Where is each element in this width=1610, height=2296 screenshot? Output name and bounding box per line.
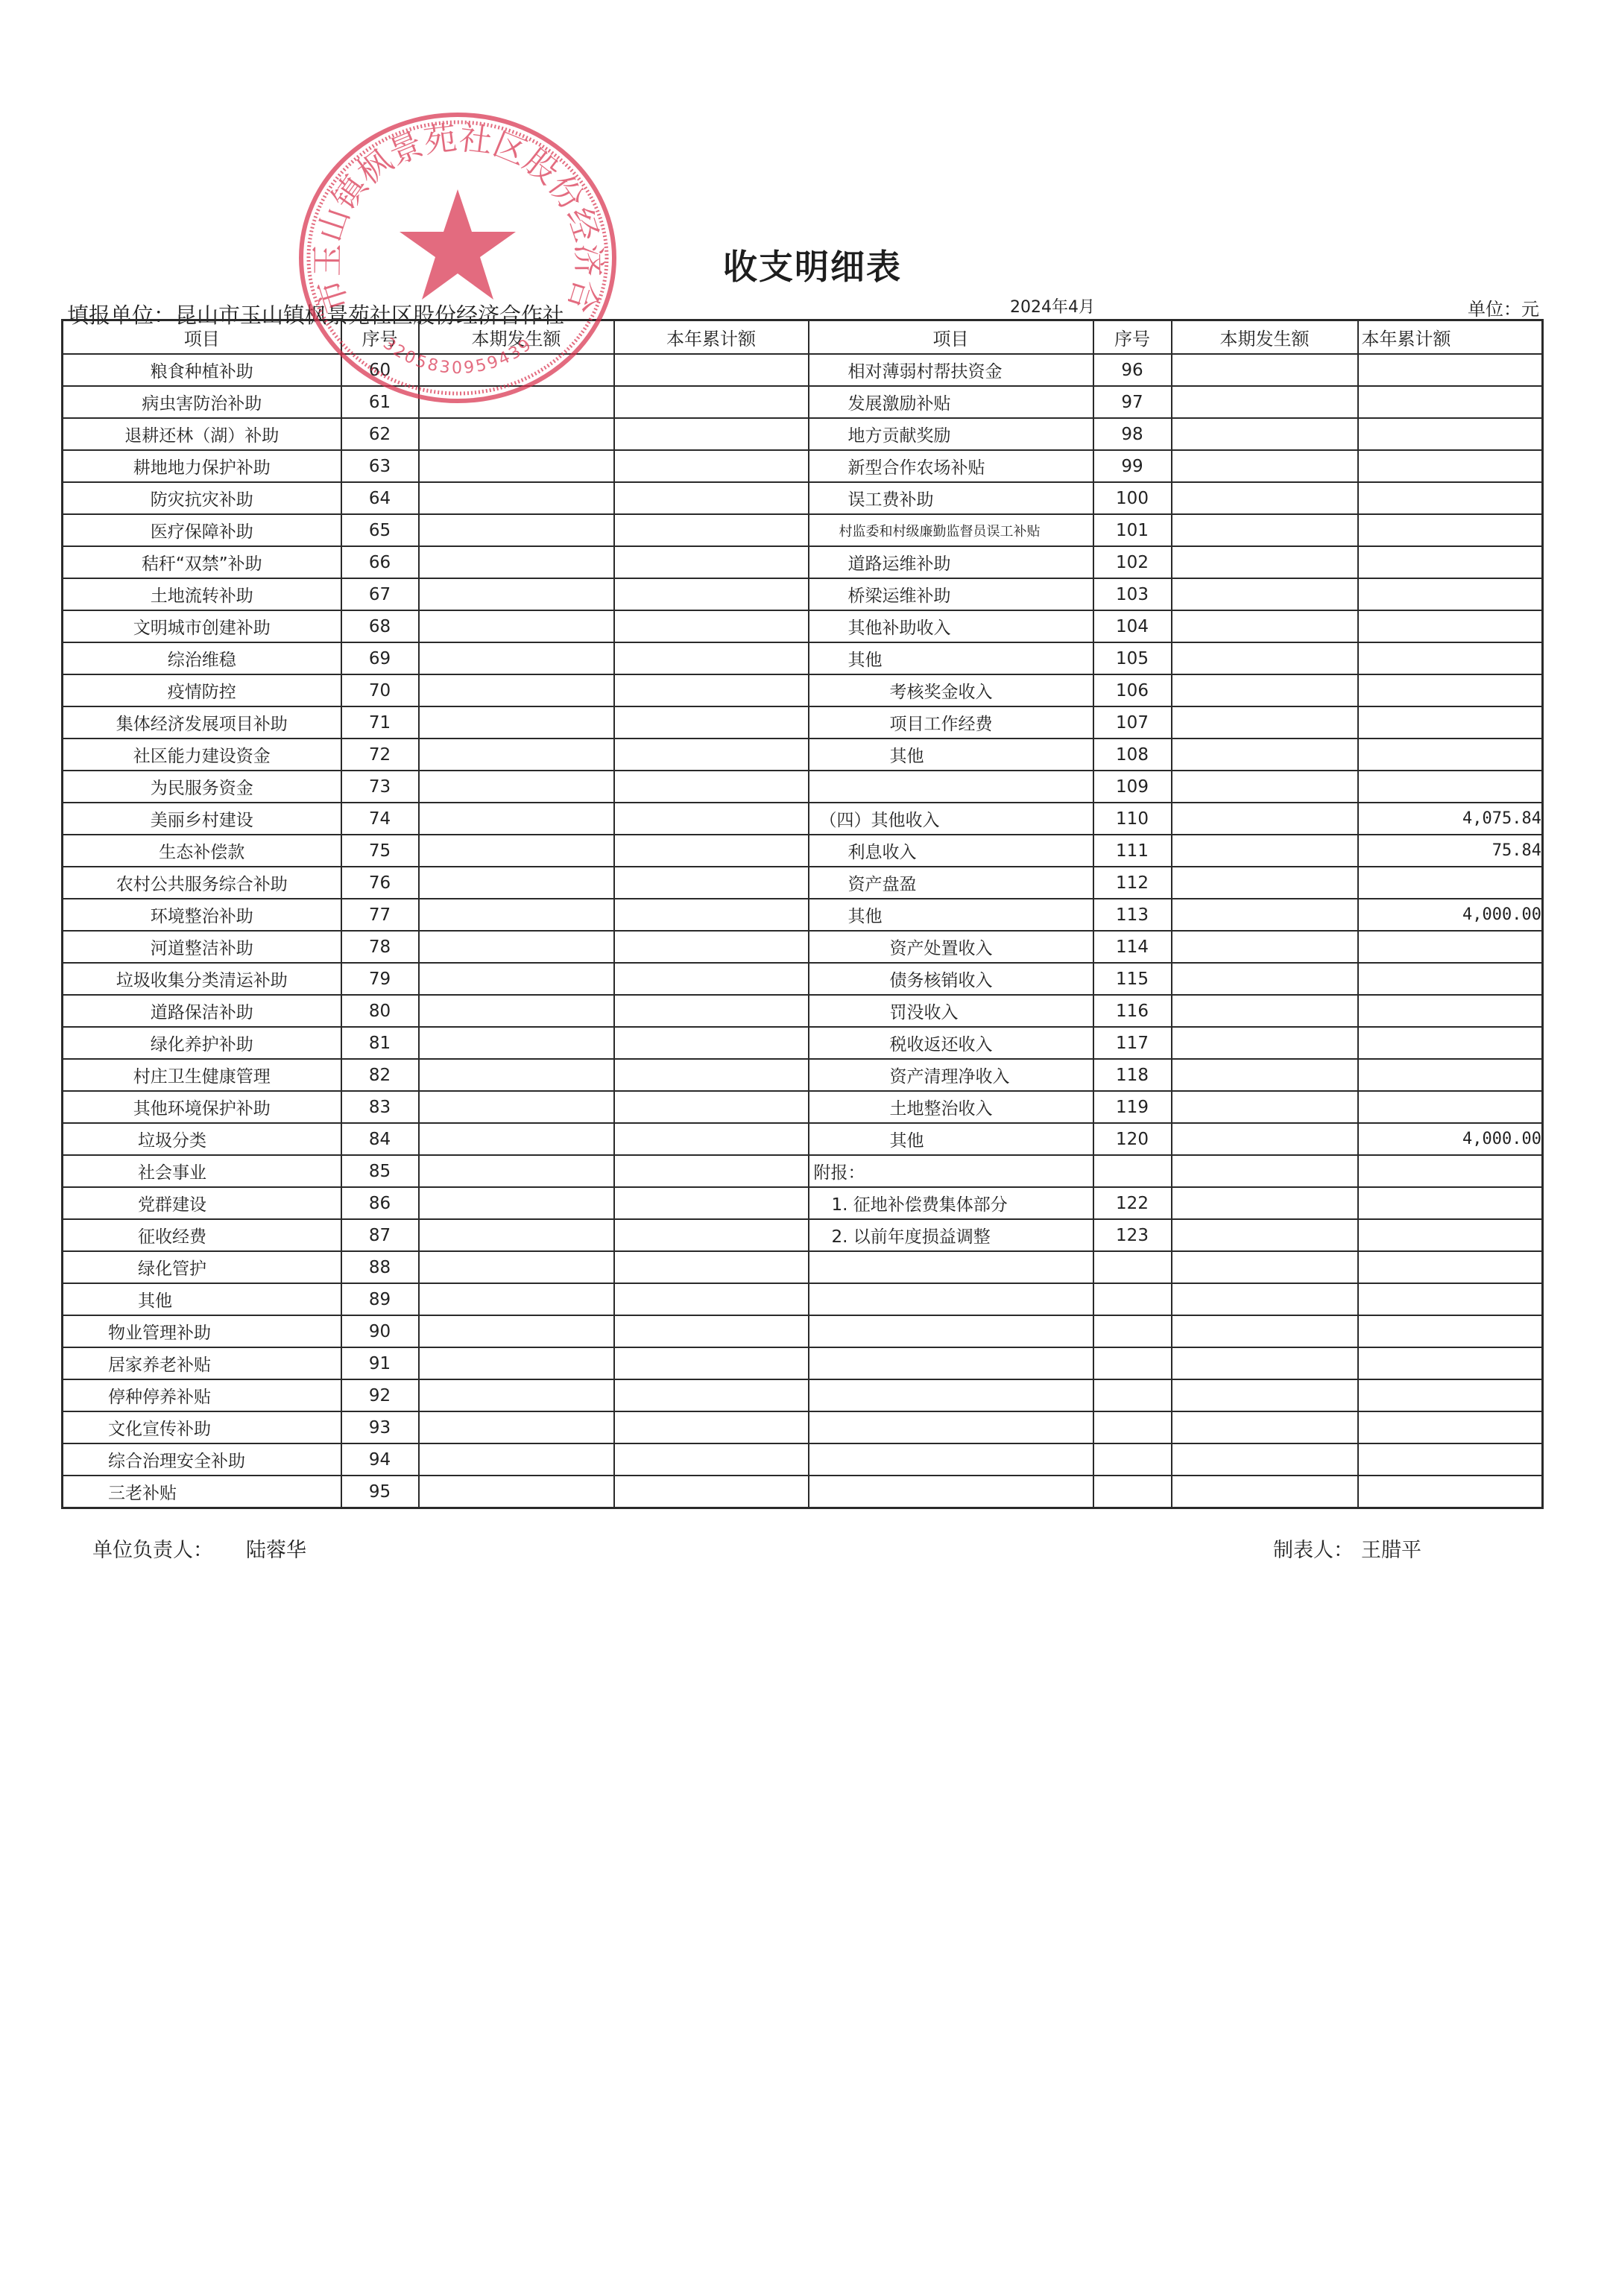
left-cumulative-amount	[614, 1251, 809, 1283]
left-item: 防灾抗灾补助	[63, 482, 341, 514]
right-seq: 115	[1093, 963, 1172, 995]
right-current-amount	[1172, 450, 1358, 482]
left-item: 为民服务资金	[63, 771, 341, 803]
right-item	[809, 771, 1093, 803]
table-row: 征收经费872. 以前年度损益调整123	[63, 1219, 1543, 1251]
right-current-amount	[1172, 706, 1358, 739]
left-cumulative-amount	[614, 546, 809, 578]
right-cumulative-amount: 4,000.00	[1358, 1123, 1543, 1155]
right-item: 道路运维补助	[809, 546, 1093, 578]
right-current-amount	[1172, 514, 1358, 546]
right-item	[809, 1283, 1093, 1315]
right-item: 其他	[809, 642, 1093, 674]
right-current-amount	[1172, 1283, 1358, 1315]
right-item: 罚没收入	[809, 995, 1093, 1027]
left-seq: 70	[341, 674, 419, 706]
left-item: 绿化管护	[63, 1251, 341, 1283]
right-cumulative-amount	[1358, 482, 1543, 514]
table-row: 退耕还林（湖）补助62地方贡献奖励98	[63, 418, 1543, 450]
left-seq: 71	[341, 706, 419, 739]
right-current-amount	[1172, 354, 1358, 386]
left-cumulative-amount	[614, 803, 809, 835]
right-current-amount	[1172, 1059, 1358, 1091]
right-item	[809, 1347, 1093, 1379]
right-item: 资产清理净收入	[809, 1059, 1093, 1091]
left-current-amount	[419, 450, 614, 482]
left-item: 医疗保障补助	[63, 514, 341, 546]
right-item: （四）其他收入	[809, 803, 1093, 835]
header-seq-right: 序号	[1093, 320, 1172, 355]
left-item: 征收经费	[63, 1219, 341, 1251]
left-seq: 90	[341, 1315, 419, 1347]
table-row: 停种停养补贴92	[63, 1379, 1543, 1411]
right-item: 资产处置收入	[809, 931, 1093, 963]
right-seq: 109	[1093, 771, 1172, 803]
table-row: 为民服务资金73109	[63, 771, 1543, 803]
table-row: 道路保洁补助80罚没收入116	[63, 995, 1543, 1027]
right-current-amount	[1172, 482, 1358, 514]
left-seq: 63	[341, 450, 419, 482]
right-cumulative-amount	[1358, 867, 1543, 899]
right-seq: 106	[1093, 674, 1172, 706]
right-item	[809, 1443, 1093, 1476]
left-current-amount	[419, 995, 614, 1027]
left-item: 耕地地力保护补助	[63, 450, 341, 482]
income-expense-table: 项目 序号 本期发生额 本年累计额 项目 序号 本期发生额 本年累计额 粮食种植…	[61, 319, 1544, 1509]
table-row: 文明城市创建补助68其他补助收入104	[63, 610, 1543, 642]
right-seq: 108	[1093, 739, 1172, 771]
right-seq	[1093, 1283, 1172, 1315]
left-seq: 87	[341, 1219, 419, 1251]
table-row: 三老补贴95	[63, 1476, 1543, 1508]
left-seq: 76	[341, 867, 419, 899]
right-current-amount	[1172, 931, 1358, 963]
left-seq: 64	[341, 482, 419, 514]
right-current-amount	[1172, 1251, 1358, 1283]
right-current-amount	[1172, 1443, 1358, 1476]
preparer-label: 制表人：	[1273, 1534, 1354, 1563]
left-item: 停种停养补贴	[63, 1379, 341, 1411]
left-current-amount	[419, 482, 614, 514]
left-cumulative-amount	[614, 482, 809, 514]
left-seq: 82	[341, 1059, 419, 1091]
right-seq	[1093, 1347, 1172, 1379]
left-item: 居家养老补贴	[63, 1347, 341, 1379]
left-current-amount	[419, 1443, 614, 1476]
right-cumulative-amount	[1358, 1347, 1543, 1379]
left-current-amount	[419, 1251, 614, 1283]
left-item: 秸秆“双禁”补助	[63, 546, 341, 578]
right-current-amount	[1172, 1411, 1358, 1443]
left-item: 社区能力建设资金	[63, 739, 341, 771]
right-seq: 97	[1093, 386, 1172, 418]
left-current-amount	[419, 931, 614, 963]
left-item: 土地流转补助	[63, 578, 341, 610]
left-cumulative-amount	[614, 1411, 809, 1443]
right-current-amount	[1172, 1155, 1358, 1187]
left-seq: 81	[341, 1027, 419, 1059]
right-current-amount	[1172, 771, 1358, 803]
right-seq: 119	[1093, 1091, 1172, 1123]
left-cumulative-amount	[614, 899, 809, 931]
left-seq: 95	[341, 1476, 419, 1508]
right-item: 考核奖金收入	[809, 674, 1093, 706]
document-title: 收支明细表	[0, 240, 1610, 289]
table-row: 其他环境保护补助83土地整治收入119	[63, 1091, 1543, 1123]
left-current-amount	[419, 1187, 614, 1219]
right-item	[809, 1411, 1093, 1443]
left-seq: 88	[341, 1251, 419, 1283]
left-cumulative-amount	[614, 1283, 809, 1315]
table-row: 耕地地力保护补助63新型合作农场补贴99	[63, 450, 1543, 482]
left-seq: 78	[341, 931, 419, 963]
left-item: 病虫害防治补助	[63, 386, 341, 418]
right-item: 债务核销收入	[809, 963, 1093, 995]
left-cumulative-amount	[614, 835, 809, 867]
left-current-amount	[419, 1411, 614, 1443]
right-seq: 117	[1093, 1027, 1172, 1059]
right-item: 附报：	[809, 1155, 1093, 1187]
header-item-right: 项目	[809, 320, 1093, 355]
table-row: 秸秆“双禁”补助66道路运维补助102	[63, 546, 1543, 578]
left-item: 垃圾分类	[63, 1123, 341, 1155]
right-cumulative-amount	[1358, 1443, 1543, 1476]
right-current-amount	[1172, 1476, 1358, 1508]
left-current-amount	[419, 418, 614, 450]
left-seq: 62	[341, 418, 419, 450]
left-item: 生态补偿款	[63, 835, 341, 867]
right-seq: 114	[1093, 931, 1172, 963]
right-current-amount	[1172, 899, 1358, 931]
right-current-amount	[1172, 835, 1358, 867]
preparer-name: 王腊平	[1361, 1534, 1421, 1563]
right-cumulative-amount	[1358, 771, 1543, 803]
right-current-amount	[1172, 546, 1358, 578]
left-cumulative-amount	[614, 674, 809, 706]
right-cumulative-amount	[1358, 1251, 1543, 1283]
left-seq: 72	[341, 739, 419, 771]
table-row: 综治维稳69其他105	[63, 642, 1543, 674]
right-seq: 107	[1093, 706, 1172, 739]
table-header-row: 项目 序号 本期发生额 本年累计额 项目 序号 本期发生额 本年累计额	[63, 320, 1543, 355]
left-current-amount	[419, 354, 614, 386]
left-current-amount	[419, 899, 614, 931]
right-item	[809, 1379, 1093, 1411]
header-seq-left: 序号	[341, 320, 419, 355]
left-seq: 66	[341, 546, 419, 578]
right-current-amount	[1172, 963, 1358, 995]
right-current-amount	[1172, 674, 1358, 706]
left-current-amount	[419, 1219, 614, 1251]
right-item: 误工费补助	[809, 482, 1093, 514]
right-cumulative-amount	[1358, 1219, 1543, 1251]
right-current-amount	[1172, 803, 1358, 835]
table-row: 社区能力建设资金72其他108	[63, 739, 1543, 771]
left-seq: 65	[341, 514, 419, 546]
left-current-amount	[419, 1283, 614, 1315]
right-item: 发展激励补贴	[809, 386, 1093, 418]
right-seq: 105	[1093, 642, 1172, 674]
left-item: 文化宣传补助	[63, 1411, 341, 1443]
left-cumulative-amount	[614, 1379, 809, 1411]
left-cumulative-amount	[614, 1155, 809, 1187]
left-item: 三老补贴	[63, 1476, 341, 1508]
left-current-amount	[419, 803, 614, 835]
right-cumulative-amount	[1358, 1283, 1543, 1315]
right-current-amount	[1172, 995, 1358, 1027]
left-current-amount	[419, 963, 614, 995]
manager-name: 陆蓉华	[246, 1534, 306, 1563]
left-current-amount	[419, 835, 614, 867]
left-current-amount	[419, 674, 614, 706]
left-item: 物业管理补助	[63, 1315, 341, 1347]
right-current-amount	[1172, 642, 1358, 674]
header-cumulative-right: 本年累计额	[1358, 320, 1543, 355]
header-current-left: 本期发生额	[419, 320, 614, 355]
table-row: 绿化养护补助81税收返还收入117	[63, 1027, 1543, 1059]
left-cumulative-amount	[614, 1315, 809, 1347]
left-current-amount	[419, 386, 614, 418]
right-seq: 112	[1093, 867, 1172, 899]
table-row: 绿化管护88	[63, 1251, 1543, 1283]
right-item: 相对薄弱村帮扶资金	[809, 354, 1093, 386]
right-seq: 103	[1093, 578, 1172, 610]
left-item: 农村公共服务综合补助	[63, 867, 341, 899]
right-seq	[1093, 1379, 1172, 1411]
right-cumulative-amount	[1358, 642, 1543, 674]
left-cumulative-amount	[614, 1059, 809, 1091]
left-item: 美丽乡村建设	[63, 803, 341, 835]
table-row: 河道整洁补助78资产处置收入114	[63, 931, 1543, 963]
left-seq: 75	[341, 835, 419, 867]
left-cumulative-amount	[614, 642, 809, 674]
left-current-amount	[419, 1379, 614, 1411]
table-row: 疫情防控70考核奖金收入106	[63, 674, 1543, 706]
right-seq	[1093, 1315, 1172, 1347]
left-seq: 92	[341, 1379, 419, 1411]
left-item: 道路保洁补助	[63, 995, 341, 1027]
left-current-amount	[419, 1347, 614, 1379]
right-cumulative-amount	[1358, 1155, 1543, 1187]
right-cumulative-amount	[1358, 963, 1543, 995]
right-seq: 98	[1093, 418, 1172, 450]
left-current-amount	[419, 578, 614, 610]
right-seq	[1093, 1411, 1172, 1443]
left-cumulative-amount	[614, 1476, 809, 1508]
right-item: 其他补助收入	[809, 610, 1093, 642]
table-row: 生态补偿款75利息收入11175.84	[63, 835, 1543, 867]
right-item: 地方贡献奖励	[809, 418, 1093, 450]
left-item: 其他环境保护补助	[63, 1091, 341, 1123]
right-seq: 111	[1093, 835, 1172, 867]
right-item: 其他	[809, 899, 1093, 931]
left-cumulative-amount	[614, 1219, 809, 1251]
left-current-amount	[419, 1476, 614, 1508]
right-seq: 110	[1093, 803, 1172, 835]
left-item: 垃圾收集分类清运补助	[63, 963, 341, 995]
left-seq: 85	[341, 1155, 419, 1187]
right-cumulative-amount	[1358, 354, 1543, 386]
right-cumulative-amount: 75.84	[1358, 835, 1543, 867]
left-seq: 86	[341, 1187, 419, 1219]
left-seq: 89	[341, 1283, 419, 1315]
left-current-amount	[419, 706, 614, 739]
left-cumulative-amount	[614, 1443, 809, 1476]
table-row: 综合治理安全补助94	[63, 1443, 1543, 1476]
right-cumulative-amount	[1358, 514, 1543, 546]
table-row: 医疗保障补助65村监委和村级廉勤监督员误工补贴101	[63, 514, 1543, 546]
right-cumulative-amount	[1358, 1027, 1543, 1059]
right-current-amount	[1172, 578, 1358, 610]
left-current-amount	[419, 771, 614, 803]
left-cumulative-amount	[614, 771, 809, 803]
header-item-left: 项目	[63, 320, 341, 355]
left-current-amount	[419, 1155, 614, 1187]
table-row: 土地流转补助67桥梁运维补助103	[63, 578, 1543, 610]
right-item: 村监委和村级廉勤监督员误工补贴	[809, 514, 1093, 546]
right-seq: 116	[1093, 995, 1172, 1027]
left-cumulative-amount	[614, 867, 809, 899]
right-current-amount	[1172, 1219, 1358, 1251]
right-item: 税收返还收入	[809, 1027, 1093, 1059]
right-current-amount	[1172, 1347, 1358, 1379]
right-cumulative-amount	[1358, 1059, 1543, 1091]
left-item: 村庄卫生健康管理	[63, 1059, 341, 1091]
right-item: 利息收入	[809, 835, 1093, 867]
table-row: 村庄卫生健康管理82资产清理净收入118	[63, 1059, 1543, 1091]
table-row: 美丽乡村建设74（四）其他收入1104,075.84	[63, 803, 1543, 835]
table-row: 居家养老补贴91	[63, 1347, 1543, 1379]
left-current-amount	[419, 1027, 614, 1059]
left-seq: 83	[341, 1091, 419, 1123]
left-cumulative-amount	[614, 995, 809, 1027]
table-row: 粮食种植补助60相对薄弱村帮扶资金96	[63, 354, 1543, 386]
table-row: 农村公共服务综合补助76资产盘盈112	[63, 867, 1543, 899]
right-current-amount	[1172, 1123, 1358, 1155]
table-row: 环境整治补助77其他1134,000.00	[63, 899, 1543, 931]
left-current-amount	[419, 610, 614, 642]
left-item: 综治维稳	[63, 642, 341, 674]
header-current-right: 本期发生额	[1172, 320, 1358, 355]
left-cumulative-amount	[614, 1187, 809, 1219]
left-seq: 84	[341, 1123, 419, 1155]
right-item: 土地整治收入	[809, 1091, 1093, 1123]
left-current-amount	[419, 1315, 614, 1347]
right-seq: 100	[1093, 482, 1172, 514]
table-row: 垃圾分类84其他1204,000.00	[63, 1123, 1543, 1155]
left-cumulative-amount	[614, 450, 809, 482]
right-seq	[1093, 1155, 1172, 1187]
left-cumulative-amount	[614, 1123, 809, 1155]
left-current-amount	[419, 1059, 614, 1091]
right-cumulative-amount	[1358, 386, 1543, 418]
right-item: 桥梁运维补助	[809, 578, 1093, 610]
left-seq: 80	[341, 995, 419, 1027]
right-cumulative-amount	[1358, 931, 1543, 963]
left-seq: 79	[341, 963, 419, 995]
table-row: 垃圾收集分类清运补助79债务核销收入115	[63, 963, 1543, 995]
left-seq: 67	[341, 578, 419, 610]
left-item: 文明城市创建补助	[63, 610, 341, 642]
left-seq: 93	[341, 1411, 419, 1443]
left-current-amount	[419, 642, 614, 674]
left-item: 党群建设	[63, 1187, 341, 1219]
right-cumulative-amount	[1358, 1091, 1543, 1123]
left-seq: 74	[341, 803, 419, 835]
left-cumulative-amount	[614, 739, 809, 771]
table-row: 党群建设861. 征地补偿费集体部分122	[63, 1187, 1543, 1219]
right-current-amount	[1172, 1027, 1358, 1059]
currency-unit: 单位：元	[1468, 294, 1539, 320]
right-current-amount	[1172, 1187, 1358, 1219]
left-cumulative-amount	[614, 706, 809, 739]
left-item: 退耕还林（湖）补助	[63, 418, 341, 450]
report-period: 2024年4月	[1010, 294, 1095, 317]
right-seq: 120	[1093, 1123, 1172, 1155]
right-seq: 104	[1093, 610, 1172, 642]
left-item: 集体经济发展项目补助	[63, 706, 341, 739]
right-item: 2. 以前年度损益调整	[809, 1219, 1093, 1251]
right-cumulative-amount	[1358, 1315, 1543, 1347]
right-item: 其他	[809, 739, 1093, 771]
right-seq: 96	[1093, 354, 1172, 386]
right-cumulative-amount	[1358, 1187, 1543, 1219]
right-cumulative-amount	[1358, 1476, 1543, 1508]
left-seq: 61	[341, 386, 419, 418]
left-cumulative-amount	[614, 354, 809, 386]
table-row: 集体经济发展项目补助71项目工作经费107	[63, 706, 1543, 739]
right-item: 1. 征地补偿费集体部分	[809, 1187, 1093, 1219]
right-cumulative-amount	[1358, 418, 1543, 450]
right-cumulative-amount	[1358, 674, 1543, 706]
left-current-amount	[419, 546, 614, 578]
right-cumulative-amount	[1358, 995, 1543, 1027]
manager-label: 单位负责人：	[92, 1534, 213, 1563]
left-item: 粮食种植补助	[63, 354, 341, 386]
left-seq: 68	[341, 610, 419, 642]
right-seq	[1093, 1443, 1172, 1476]
left-cumulative-amount	[614, 386, 809, 418]
left-item: 环境整治补助	[63, 899, 341, 931]
right-item: 项目工作经费	[809, 706, 1093, 739]
table-row: 物业管理补助90	[63, 1315, 1543, 1347]
left-cumulative-amount	[614, 418, 809, 450]
left-seq: 73	[341, 771, 419, 803]
right-cumulative-amount	[1358, 739, 1543, 771]
left-current-amount	[419, 867, 614, 899]
left-current-amount	[419, 739, 614, 771]
right-current-amount	[1172, 1315, 1358, 1347]
right-seq	[1093, 1251, 1172, 1283]
right-current-amount	[1172, 610, 1358, 642]
left-cumulative-amount	[614, 610, 809, 642]
right-item: 其他	[809, 1123, 1093, 1155]
right-seq: 113	[1093, 899, 1172, 931]
left-item: 绿化养护补助	[63, 1027, 341, 1059]
left-cumulative-amount	[614, 1347, 809, 1379]
left-cumulative-amount	[614, 578, 809, 610]
right-item	[809, 1315, 1093, 1347]
right-current-amount	[1172, 1379, 1358, 1411]
left-current-amount	[419, 1091, 614, 1123]
left-item: 其他	[63, 1283, 341, 1315]
left-cumulative-amount	[614, 1027, 809, 1059]
header-cumulative-left: 本年累计额	[614, 320, 809, 355]
right-current-amount	[1172, 386, 1358, 418]
right-cumulative-amount	[1358, 1411, 1543, 1443]
right-cumulative-amount	[1358, 1379, 1543, 1411]
right-seq: 99	[1093, 450, 1172, 482]
